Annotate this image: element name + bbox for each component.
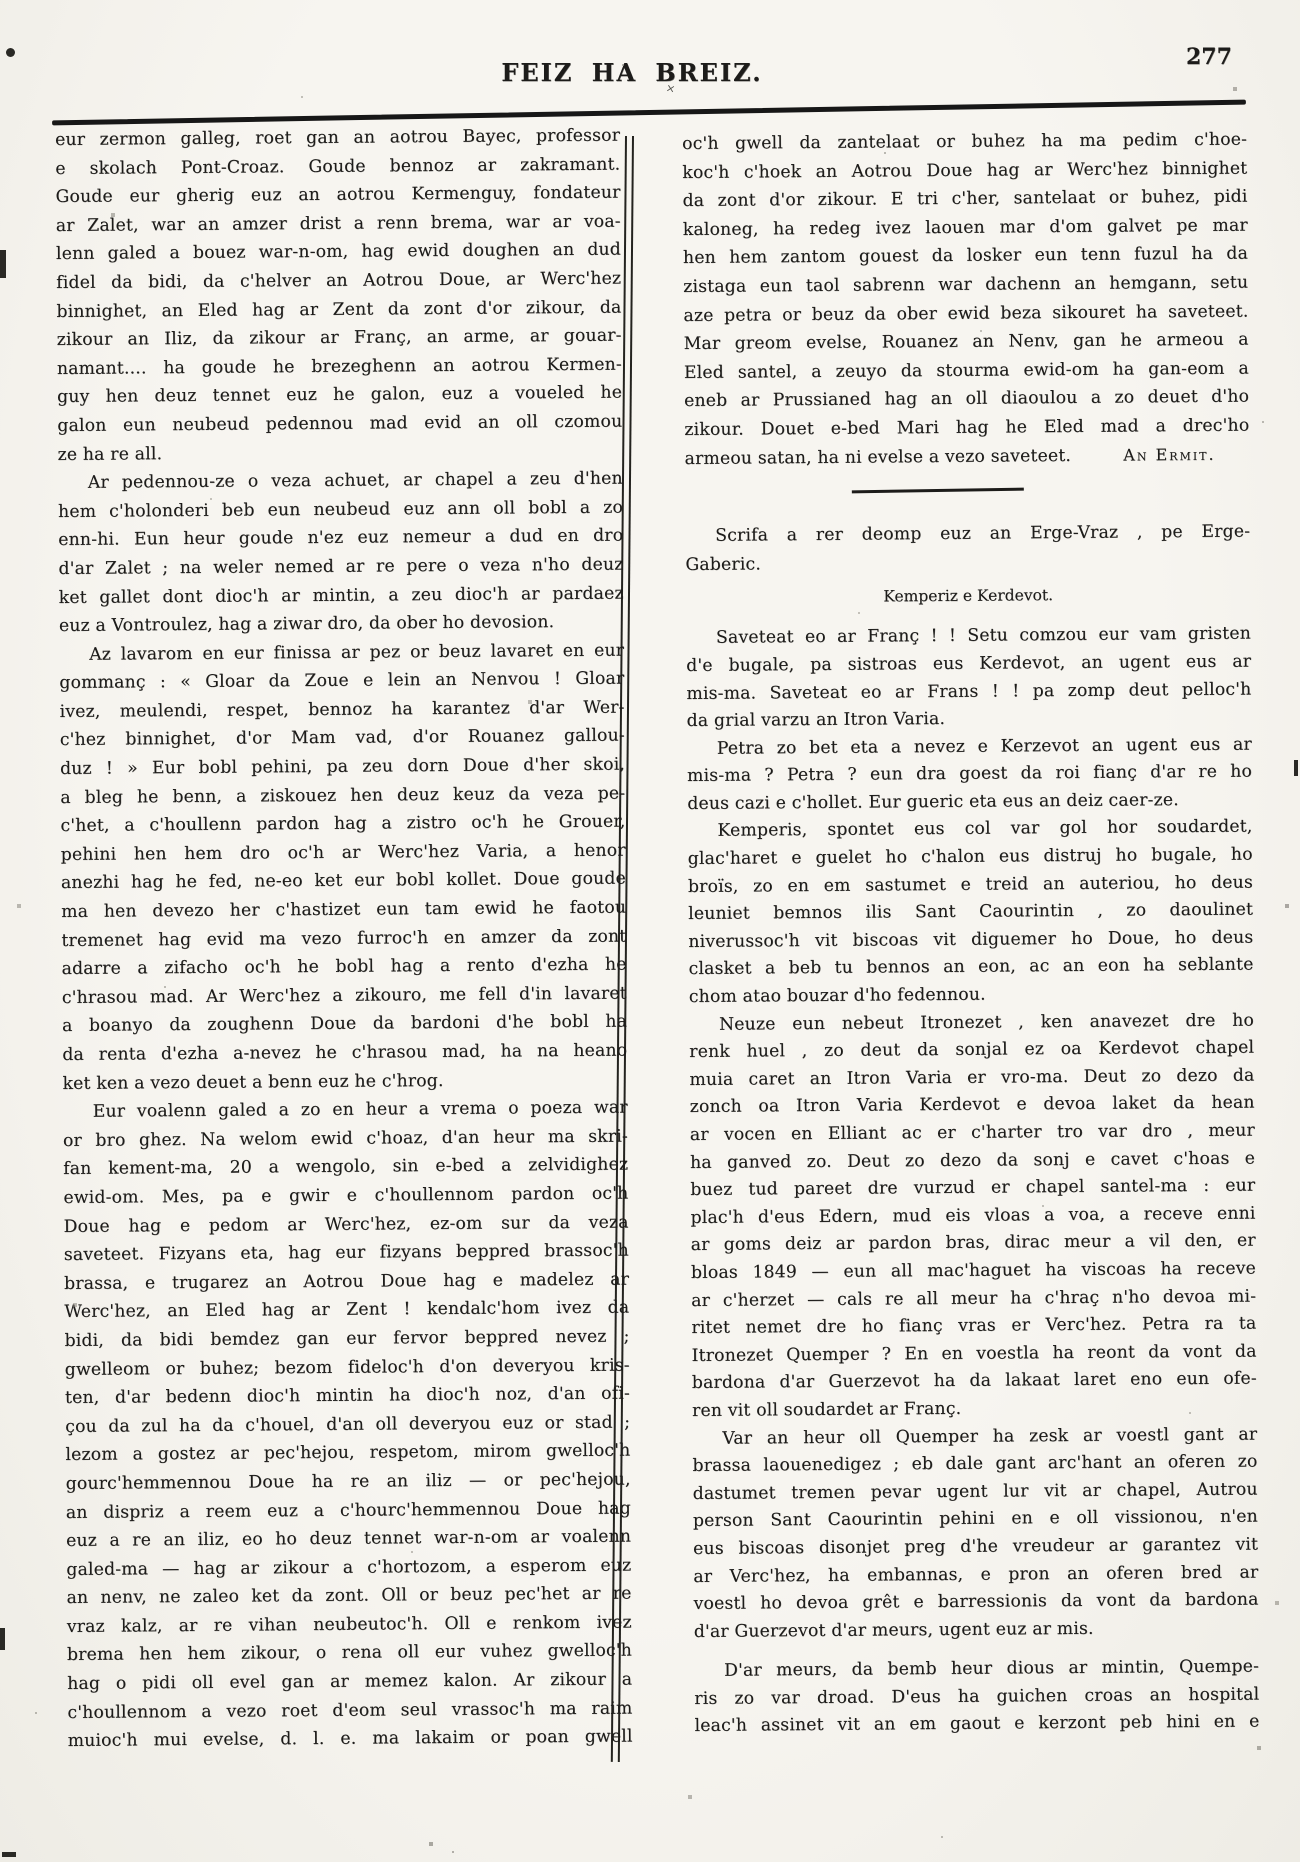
text-line: ar c'herzet — cals re all meur ha c'hraç… — [691, 1283, 1256, 1315]
text-line: renk huel , zo deut da sonjal ez oa Kerd… — [689, 1035, 1254, 1067]
text-line: ket gallet dont dioc'h ar mintin, a zeu … — [59, 579, 624, 612]
text-line: chom atao bouzar d'ho fedennou. — [689, 980, 1254, 1012]
text-line: bardona d'ar Guerzevot ha da lakaat lare… — [692, 1366, 1257, 1398]
text-line: Goude eur gherig euz an aotrou Kermenguy… — [55, 179, 620, 212]
text-line: bidi, da bidi bemdez gan eur fervor bepp… — [64, 1322, 629, 1355]
text-line: koc'h c'hoek an Aotrou Doue hag ar Werc'… — [682, 154, 1247, 187]
text-line: zistaga eun taol sabrenn war dachenn an … — [683, 269, 1248, 302]
text-line: a boanyo da zoughenn Doue da bardoni d'h… — [62, 1008, 627, 1041]
text-line: saveteet. Fizyans eta, hag eur fizyans b… — [64, 1237, 629, 1270]
text-line: bloas 1849 — eun all mac'haguet ha visco… — [691, 1255, 1256, 1287]
text-line: c'het, a c'houllenn pardon hag a zistro … — [60, 808, 625, 841]
right-column-section-2: Saveteat eo ar Franç ! ! Setu comzou eur… — [686, 621, 1260, 1741]
text-line: d'ar Guerzevot d'ar meurs, ugent euz ar … — [694, 1614, 1259, 1646]
scan-artifact — [1294, 760, 1298, 776]
text-line: or bro ghez. Na welom ewid c'hoaz, d'an … — [63, 1122, 628, 1155]
scan-noise — [0, 0, 2, 2]
text-line: hen hem zantom gouest da losker eun tenn… — [683, 240, 1248, 273]
section-subtitle: Kemperiz e Kerdevot. — [686, 585, 1251, 607]
text-line: vraz kalz, ar re vihan neubeutoc'h. Oll … — [67, 1608, 632, 1641]
text-line: Ar pedennou-ze o veza achuet, ar chapel … — [58, 465, 623, 498]
text-line: ar goms deiz ar pardon bras, dirac meur … — [691, 1228, 1256, 1260]
text-line: d'ar Zalet ; na weler nemed ar re pere o… — [58, 550, 623, 583]
section-heading-line: Gaberic. — [685, 546, 1250, 579]
text-line: leuniet bemnos ilis Sant Caourintin , zo… — [688, 897, 1253, 929]
right-column-section-1: oc'h gwell da zantelaat or buhez ha ma p… — [682, 126, 1249, 445]
text-line: galon eun neubeud pedennou mad evid an o… — [57, 407, 622, 440]
text-line: ma hen devezo her c'hastizet eun tam ewi… — [61, 894, 626, 927]
text-line: kaloneg, ha redeg ivez laouen mar d'om g… — [683, 211, 1248, 244]
left-column: eur zermon galleg, roet gan an aotrou Ba… — [55, 122, 633, 1756]
text-line: namant.... ha goude he brezeghenn an aot… — [57, 350, 622, 383]
text-line: çou da zul ha da c'houel, d'an oll dever… — [65, 1408, 630, 1441]
text-line: buez tud pareet dre vurzud er chapel san… — [690, 1173, 1255, 1205]
text-line: c'houllennom a vezo roet d'eom seul vras… — [67, 1694, 632, 1727]
text-line: brassa, e trugarez an Aotrou Doue hag e … — [64, 1265, 629, 1298]
text-line: Az lavarom en eur finissa ar pez or beuz… — [59, 636, 624, 669]
text-line: leac'h assinet vit an em gaout e kerzont… — [694, 1709, 1259, 1741]
page-number: 277 — [1186, 44, 1232, 70]
text-line-with-signature: armeou satan, ha ni evelse a vezo savete… — [684, 440, 1249, 473]
text-line: muioc'h mui evelse, d. l. e. ma lakaim o… — [68, 1723, 633, 1756]
text-line: aze petra or beuz da ober ewid beza siko… — [683, 297, 1248, 330]
text-line: brassa laouenedigez ; eb dale gant arc'h… — [692, 1449, 1257, 1481]
text-line: deus cazi e c'hollet. Eur gueric eta eus… — [687, 786, 1252, 818]
text-line: Kemperis, spontet eus col var gol hor so… — [687, 814, 1252, 846]
text-line: gwelleom or buhez; bezom fideloc'h d'on … — [65, 1351, 630, 1384]
text-line: oc'h gwell da zantelaat or buhez ha ma p… — [682, 126, 1247, 159]
text-line: plac'h d'eus Edern, mud eis vloas a voa,… — [690, 1200, 1255, 1232]
text-line: c'hrasou mad. Ar Werc'hez a zikouro, me … — [62, 979, 627, 1012]
text-line: duz ! » Eur bobl pehini, pa zeu dorn Dou… — [60, 751, 625, 784]
text-line: an dispriz a reem euz a c'hourc'hemmenno… — [66, 1494, 631, 1527]
text-line: d'e bugale, pa sistroas eus Kerdevot, an… — [686, 648, 1251, 680]
text-line: tremenet hag evid ma vezo furroc'h en am… — [61, 922, 626, 955]
printer-ornament: × — [665, 81, 677, 96]
header-rule — [52, 100, 1246, 126]
text-line: lezom a gostez ar pec'hejou, respetom, m… — [65, 1437, 630, 1470]
text-line: a bleg he benn, a ziskouez hen deuz keuz… — [60, 779, 625, 812]
text-line: hem c'holonderi beb eun neubeud euz ann … — [58, 493, 623, 526]
text-line: adarre a zifacho oc'h he bobl hag a rent… — [62, 951, 627, 984]
text-line: ritet nemet dre ho fianç vras er Verc'he… — [691, 1311, 1256, 1343]
text-line: hag o pidi oll evel gan ar memez kalon. … — [67, 1666, 632, 1699]
text-line: ris zo var droad. D'eus ha guichen croas… — [694, 1681, 1259, 1713]
text-line: ha ganved zo. Deut zo dezo da sonj e cav… — [690, 1145, 1255, 1177]
text-line: euz a re an iliz, eo ho deuz tennet war-… — [66, 1523, 631, 1556]
text-line: zonch oa Itron Varia Kerdevot e devoa la… — [690, 1090, 1255, 1122]
text-line: pehini hen hem dro oc'h ar Werc'hez Vari… — [61, 836, 626, 869]
text-line: ar Verc'hez, ha embannas, e pron an ofer… — [693, 1559, 1258, 1591]
text-line: ewid-om. Mes, pa e gwir e c'houllennom p… — [63, 1179, 628, 1212]
text-line: Werc'hez, an Eled hag ar Zent ! kendalc'… — [64, 1294, 629, 1327]
text-line: galed-ma — hag ar zikour a c'hortozom, a… — [66, 1551, 631, 1584]
text-line: ivez, meulendi, respet, bennoz ha karant… — [59, 693, 624, 726]
text-line: Saveteat eo ar Franç ! ! Setu comzou eur… — [686, 621, 1251, 653]
text-line: ar vocen en Elliant ac er c'harter tro v… — [690, 1118, 1255, 1150]
author-signature: An Ermit. — [1123, 440, 1215, 469]
text-line: Var an heur oll Quemper ha zesk ar voest… — [692, 1421, 1257, 1453]
text-line: Doue hag e pedom ar Werc'hez, ez-om sur … — [64, 1208, 629, 1241]
text-line: mis-ma ? Petra ? eun dra goest da roi fi… — [687, 759, 1252, 791]
text-line: zikour. Douet e-bed Mari hag he Eled mad… — [684, 411, 1249, 444]
text-line: Mar greom evelse, Rouanez an Nenv, gan h… — [684, 326, 1249, 359]
scan-artifact — [0, 250, 6, 278]
text-line: eneb ar Prussianed hag an oll diaoulou a… — [684, 383, 1249, 416]
scanned-page: FEIZ HA BREIZ. 277 × eur zermon galleg, … — [0, 0, 1300, 1862]
text-line: eus biscoas disonjet preg d'he vreudeur … — [693, 1531, 1258, 1563]
scan-artifact — [2, 1852, 16, 1857]
text-line: binnighet, an Eled hag ar Zent da zont d… — [56, 293, 621, 326]
text-line: fidel da bidi, da c'helver an Aotrou Dou… — [56, 265, 621, 298]
text-line: ren vit oll soudardet ar Franç. — [692, 1393, 1257, 1425]
text-line: dastumet tremen pevar ugent lur vit ar c… — [693, 1476, 1258, 1508]
text-line: ze ha re all. — [57, 436, 622, 469]
text-line: Eled santel, a zeuyo da stourma ewid-om … — [684, 354, 1249, 387]
text-line: zikour an Iliz, da zikour ar Franç, an a… — [57, 322, 622, 355]
text-line: guy hen deuz tennet euz he galon, euz a … — [57, 379, 622, 412]
text-line: euz a Vontroulez, hag a ziwar dro, da ob… — [59, 608, 624, 641]
section-separator-rule — [851, 488, 1023, 494]
text-line: Petra zo bet eta a nevez e Kerzevot an u… — [687, 731, 1252, 763]
text-line: da grial varzu an Itron Varia. — [687, 704, 1252, 736]
journal-title: FEIZ HA BREIZ. — [332, 58, 932, 87]
text-line: Eur voalenn galed a zo en heur a vrema o… — [63, 1094, 628, 1127]
text-line: muia caret an Itron Varia er vro-ma. Deu… — [689, 1062, 1254, 1094]
scan-artifact — [0, 1628, 5, 1650]
text-line: fan kement-ma, 20 a wengolo, sin e-bed a… — [63, 1151, 628, 1184]
text-line: broïs, zo en em sastumet e treid an aute… — [688, 869, 1253, 901]
text-line: eur zermon galleg, roet gan an aotrou Ba… — [55, 122, 620, 155]
text-line: brema hen hem zikour, o rena oll eur vuh… — [67, 1637, 632, 1670]
text-line: D'ar meurs, da bemb heur dious ar mintin… — [694, 1654, 1259, 1686]
line-text: armeou satan, ha ni evelse a vezo savete… — [684, 441, 1071, 473]
text-line: da zont d'or zikour. E tri c'her, santel… — [682, 183, 1247, 216]
text-line: gourc'hemmennou Doue ha re an iliz — or … — [66, 1465, 631, 1498]
text-line: mis-ma. Saveteat eo ar Frans ! ! pa zomp… — [686, 676, 1251, 708]
text-line: an nenv, ne zaleo ket da zont. Oll or be… — [66, 1580, 631, 1613]
text-line: enn-hi. Eun heur goude n'ez euz nemeur a… — [58, 522, 623, 555]
text-line: Itronezet Quemper ? En en voestla ha reo… — [692, 1338, 1257, 1370]
section-heading: Scrifa a rer deomp euz an Erge-Vraz , pe… — [685, 518, 1250, 580]
text-line: Neuze eun nebeut Itronezet , ken anaveze… — [689, 1007, 1254, 1039]
text-line: e skolach Pont-Croaz. Goude bennoz ar za… — [55, 150, 620, 183]
text-line: da renta d'ezha a-nevez he c'hrasou mad,… — [62, 1037, 627, 1070]
text-line: person Sant Caourintin pehini en e oll v… — [693, 1504, 1258, 1536]
text-line: ket ken a vezo deuet a benn euz he c'hro… — [62, 1065, 627, 1098]
text-line: anezhi hag he fed, ne-eo ket eur bobl ko… — [61, 865, 626, 898]
text-line: ten, d'ar bedenn dioc'h mintin ha dioc'h… — [65, 1380, 630, 1413]
text-line: gommanç : « Gloar da Zoue e lein an Nenv… — [59, 665, 624, 698]
text-line: voestl ho devoa grêt e barressionis da v… — [693, 1587, 1258, 1619]
text-line: niverussoc'h vit biscoas vit diguemer ho… — [688, 924, 1253, 956]
text-line: lenn galed a bouez war-n-om, hag ewid do… — [56, 236, 621, 269]
section-heading-line: Scrifa a rer deomp euz an Erge-Vraz , pe… — [685, 518, 1250, 551]
text-line: clasket a beb tu bennos an eon, ac an eo… — [688, 952, 1253, 984]
text-line: glac'haret e guelet ho c'halon eus distr… — [688, 842, 1253, 874]
scan-artifact — [6, 48, 15, 57]
text-line: c'hez binnighet, d'or Mam vad, d'or Roua… — [60, 722, 625, 755]
text-line: ar Zalet, war an amzer drist a renn brem… — [56, 207, 621, 240]
right-column: oc'h gwell da zantelaat or buhez ha ma p… — [682, 126, 1260, 1741]
